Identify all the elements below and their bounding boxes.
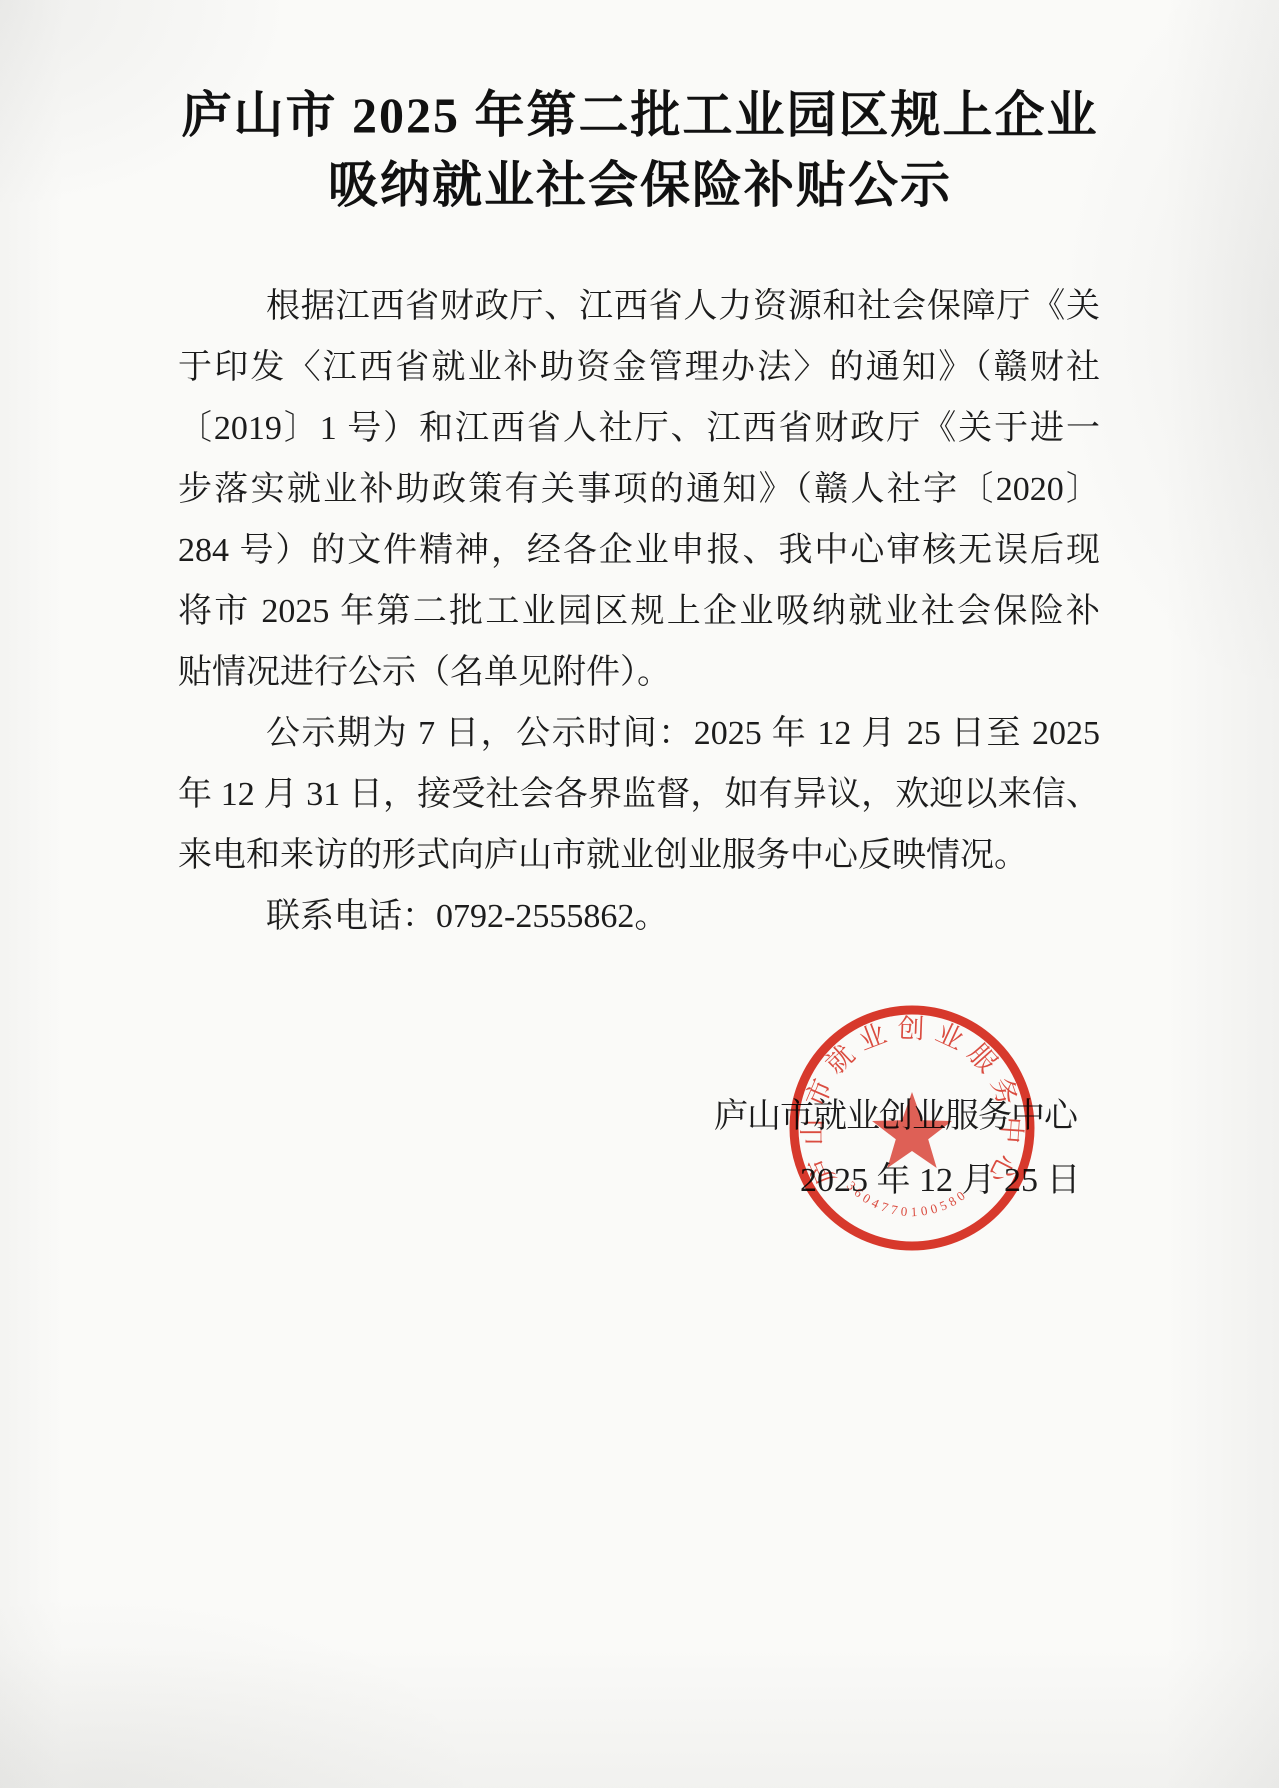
body-line: 年 12 月 31 日，接受社会各界监督，如有异议，欢迎以来信、 xyxy=(178,764,1100,825)
body-line: 〔2019〕1 号）和江西省人社厅、江西省财政厅《关于进一 xyxy=(178,398,1100,459)
body-line: 于印发〈江西省就业补助资金管理办法〉的通知》（赣财社 xyxy=(178,337,1100,398)
body-line: 联系电话：0792-2555862。 xyxy=(178,886,1100,947)
body-line: 将市 2025 年第二批工业园区规上企业吸纳就业社会保险补 xyxy=(178,581,1100,642)
body-line: 来电和来访的形式向庐山市就业创业服务中心反映情况。 xyxy=(178,825,1100,886)
body-line: 284 号）的文件精神，经各企业申报、我中心审核无误后现 xyxy=(178,520,1100,581)
document-title-line1: 庐山市 2025 年第二批工业园区规上企业 xyxy=(170,80,1110,150)
signature-date: 2025 年 12 月 25 日 xyxy=(800,1152,1081,1201)
scanned-document-page: 庐山市 2025 年第二批工业园区规上企业 吸纳就业社会保险补贴公示 根据江西省… xyxy=(0,0,1279,1788)
body-line: 公示期为 7 日，公示时间：2025 年 12 月 25 日至 2025 xyxy=(178,703,1100,764)
signature-organization: 庐山市就业创业服务中心 xyxy=(714,1088,1077,1137)
body-line: 根据江西省财政厅、江西省人力资源和社会保障厅《关 xyxy=(178,276,1100,337)
body-line: 贴情况进行公示（名单见附件）。 xyxy=(178,642,1100,703)
body-line: 步落实就业补助政策有关事项的通知》（赣人社字〔2020〕 xyxy=(178,459,1100,520)
document-body: 根据江西省财政厅、江西省人力资源和社会保障厅《关 于印发〈江西省就业补助资金管理… xyxy=(178,276,1100,947)
document-title-line2: 吸纳就业社会保险补贴公示 xyxy=(170,150,1110,220)
document-title: 庐山市 2025 年第二批工业园区规上企业 吸纳就业社会保险补贴公示 xyxy=(170,80,1110,220)
